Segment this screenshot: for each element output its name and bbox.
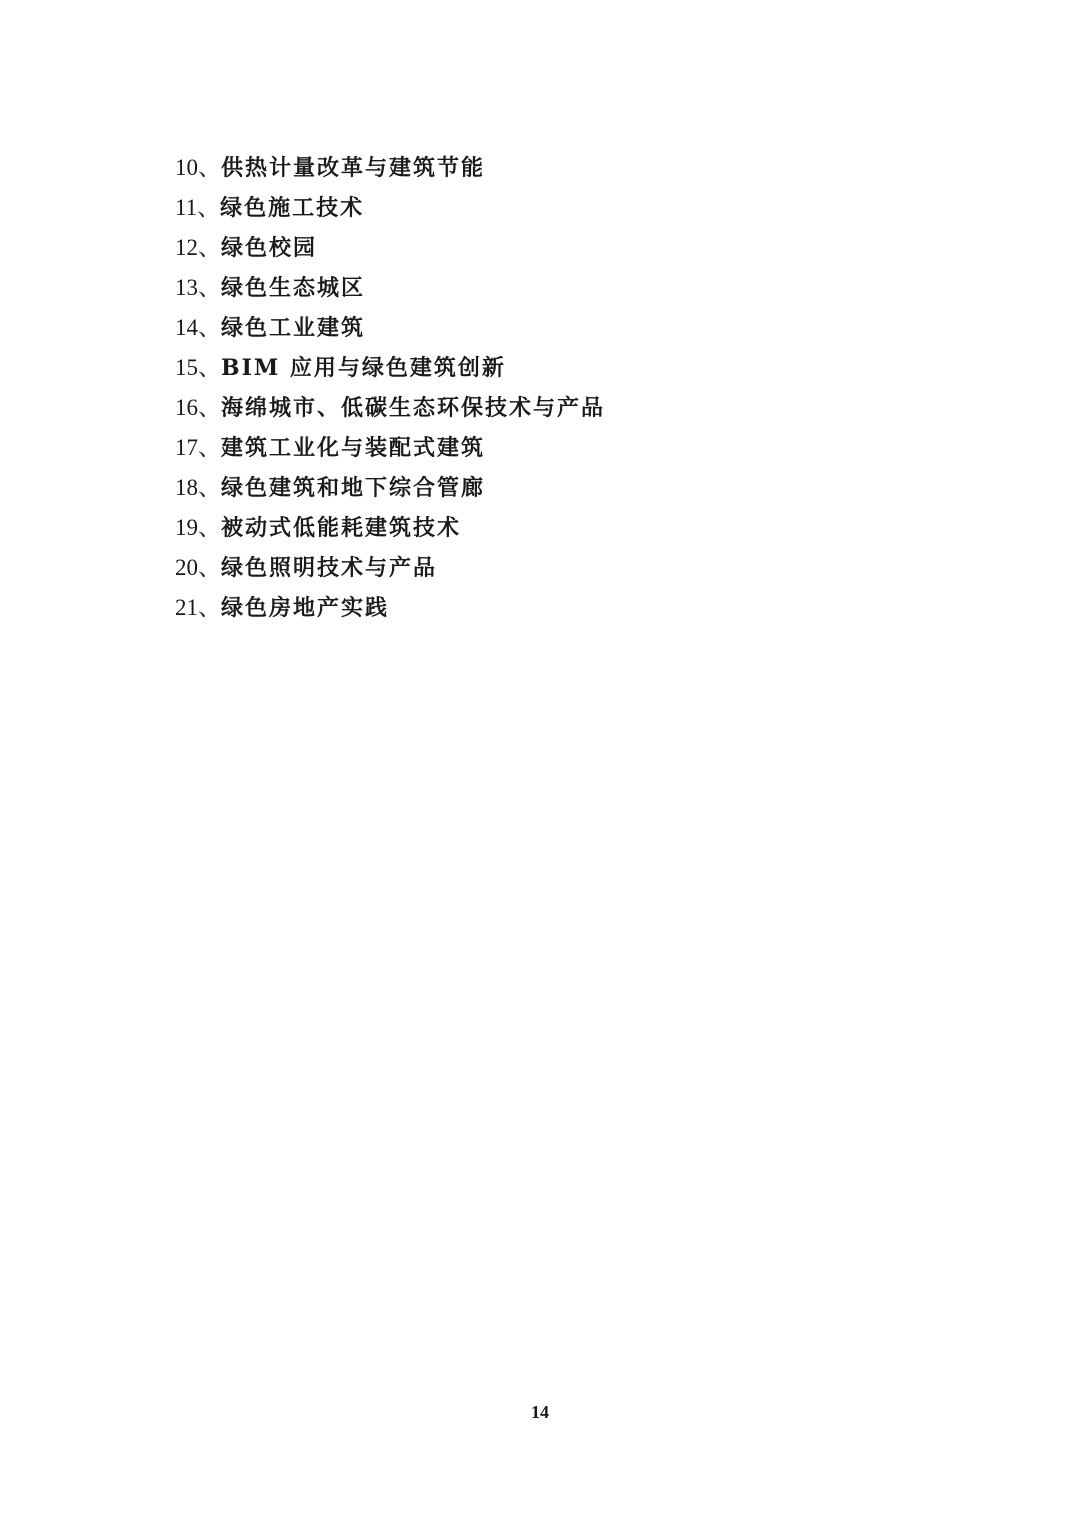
document-page: 10、供热计量改革与建筑节能 11、绿色施工技术 12、绿色校园 13、绿色生态… (0, 0, 1080, 1527)
item-text: 绿色照明技术与产品 (221, 555, 437, 581)
item-number: 12、 (175, 235, 221, 260)
item-text: 绿色校园 (221, 235, 317, 261)
item-text: 绿色生态城区 (221, 275, 365, 301)
list-item: 10、供热计量改革与建筑节能 (175, 148, 605, 188)
item-number: 17、 (175, 435, 221, 460)
item-number: 14、 (175, 315, 221, 340)
item-number: 19、 (175, 515, 221, 540)
list-item: 17、建筑工业化与装配式建筑 (175, 428, 605, 468)
item-number: 10、 (175, 155, 221, 180)
list-item: 14、绿色工业建筑 (175, 308, 605, 348)
list-item: 21、绿色房地产实践 (175, 588, 605, 628)
list-item: 20、绿色照明技术与产品 (175, 548, 605, 588)
list-item: 11、绿色施工技术 (175, 188, 605, 228)
item-text: 供热计量改革与建筑节能 (221, 155, 485, 181)
list-item: 13、绿色生态城区 (175, 268, 605, 308)
page-number: 14 (0, 1402, 1080, 1423)
topic-list: 10、供热计量改革与建筑节能 11、绿色施工技术 12、绿色校园 13、绿色生态… (175, 148, 605, 628)
list-item: 15、BIM 应用与绿色建筑创新 (175, 348, 605, 388)
item-text: BIM 应用与绿色建筑创新 (221, 355, 506, 381)
item-text: 绿色房地产实践 (221, 595, 389, 621)
item-number: 15、 (175, 355, 221, 380)
item-number: 18、 (175, 475, 221, 500)
item-number: 21、 (175, 595, 221, 620)
item-number: 13、 (175, 275, 221, 300)
item-text: 绿色施工技术 (220, 195, 364, 221)
item-text: 建筑工业化与装配式建筑 (221, 435, 485, 461)
item-number: 11、 (175, 195, 220, 220)
list-item: 12、绿色校园 (175, 228, 605, 268)
item-text: 海绵城市、低碳生态环保技术与产品 (221, 395, 605, 421)
list-item: 19、被动式低能耗建筑技术 (175, 508, 605, 548)
item-text: 绿色工业建筑 (221, 315, 365, 341)
item-text: 绿色建筑和地下综合管廊 (221, 475, 485, 501)
list-item: 16、海绵城市、低碳生态环保技术与产品 (175, 388, 605, 428)
list-item: 18、绿色建筑和地下综合管廊 (175, 468, 605, 508)
item-number: 16、 (175, 395, 221, 420)
item-text: 被动式低能耗建筑技术 (221, 515, 461, 541)
item-number: 20、 (175, 555, 221, 580)
